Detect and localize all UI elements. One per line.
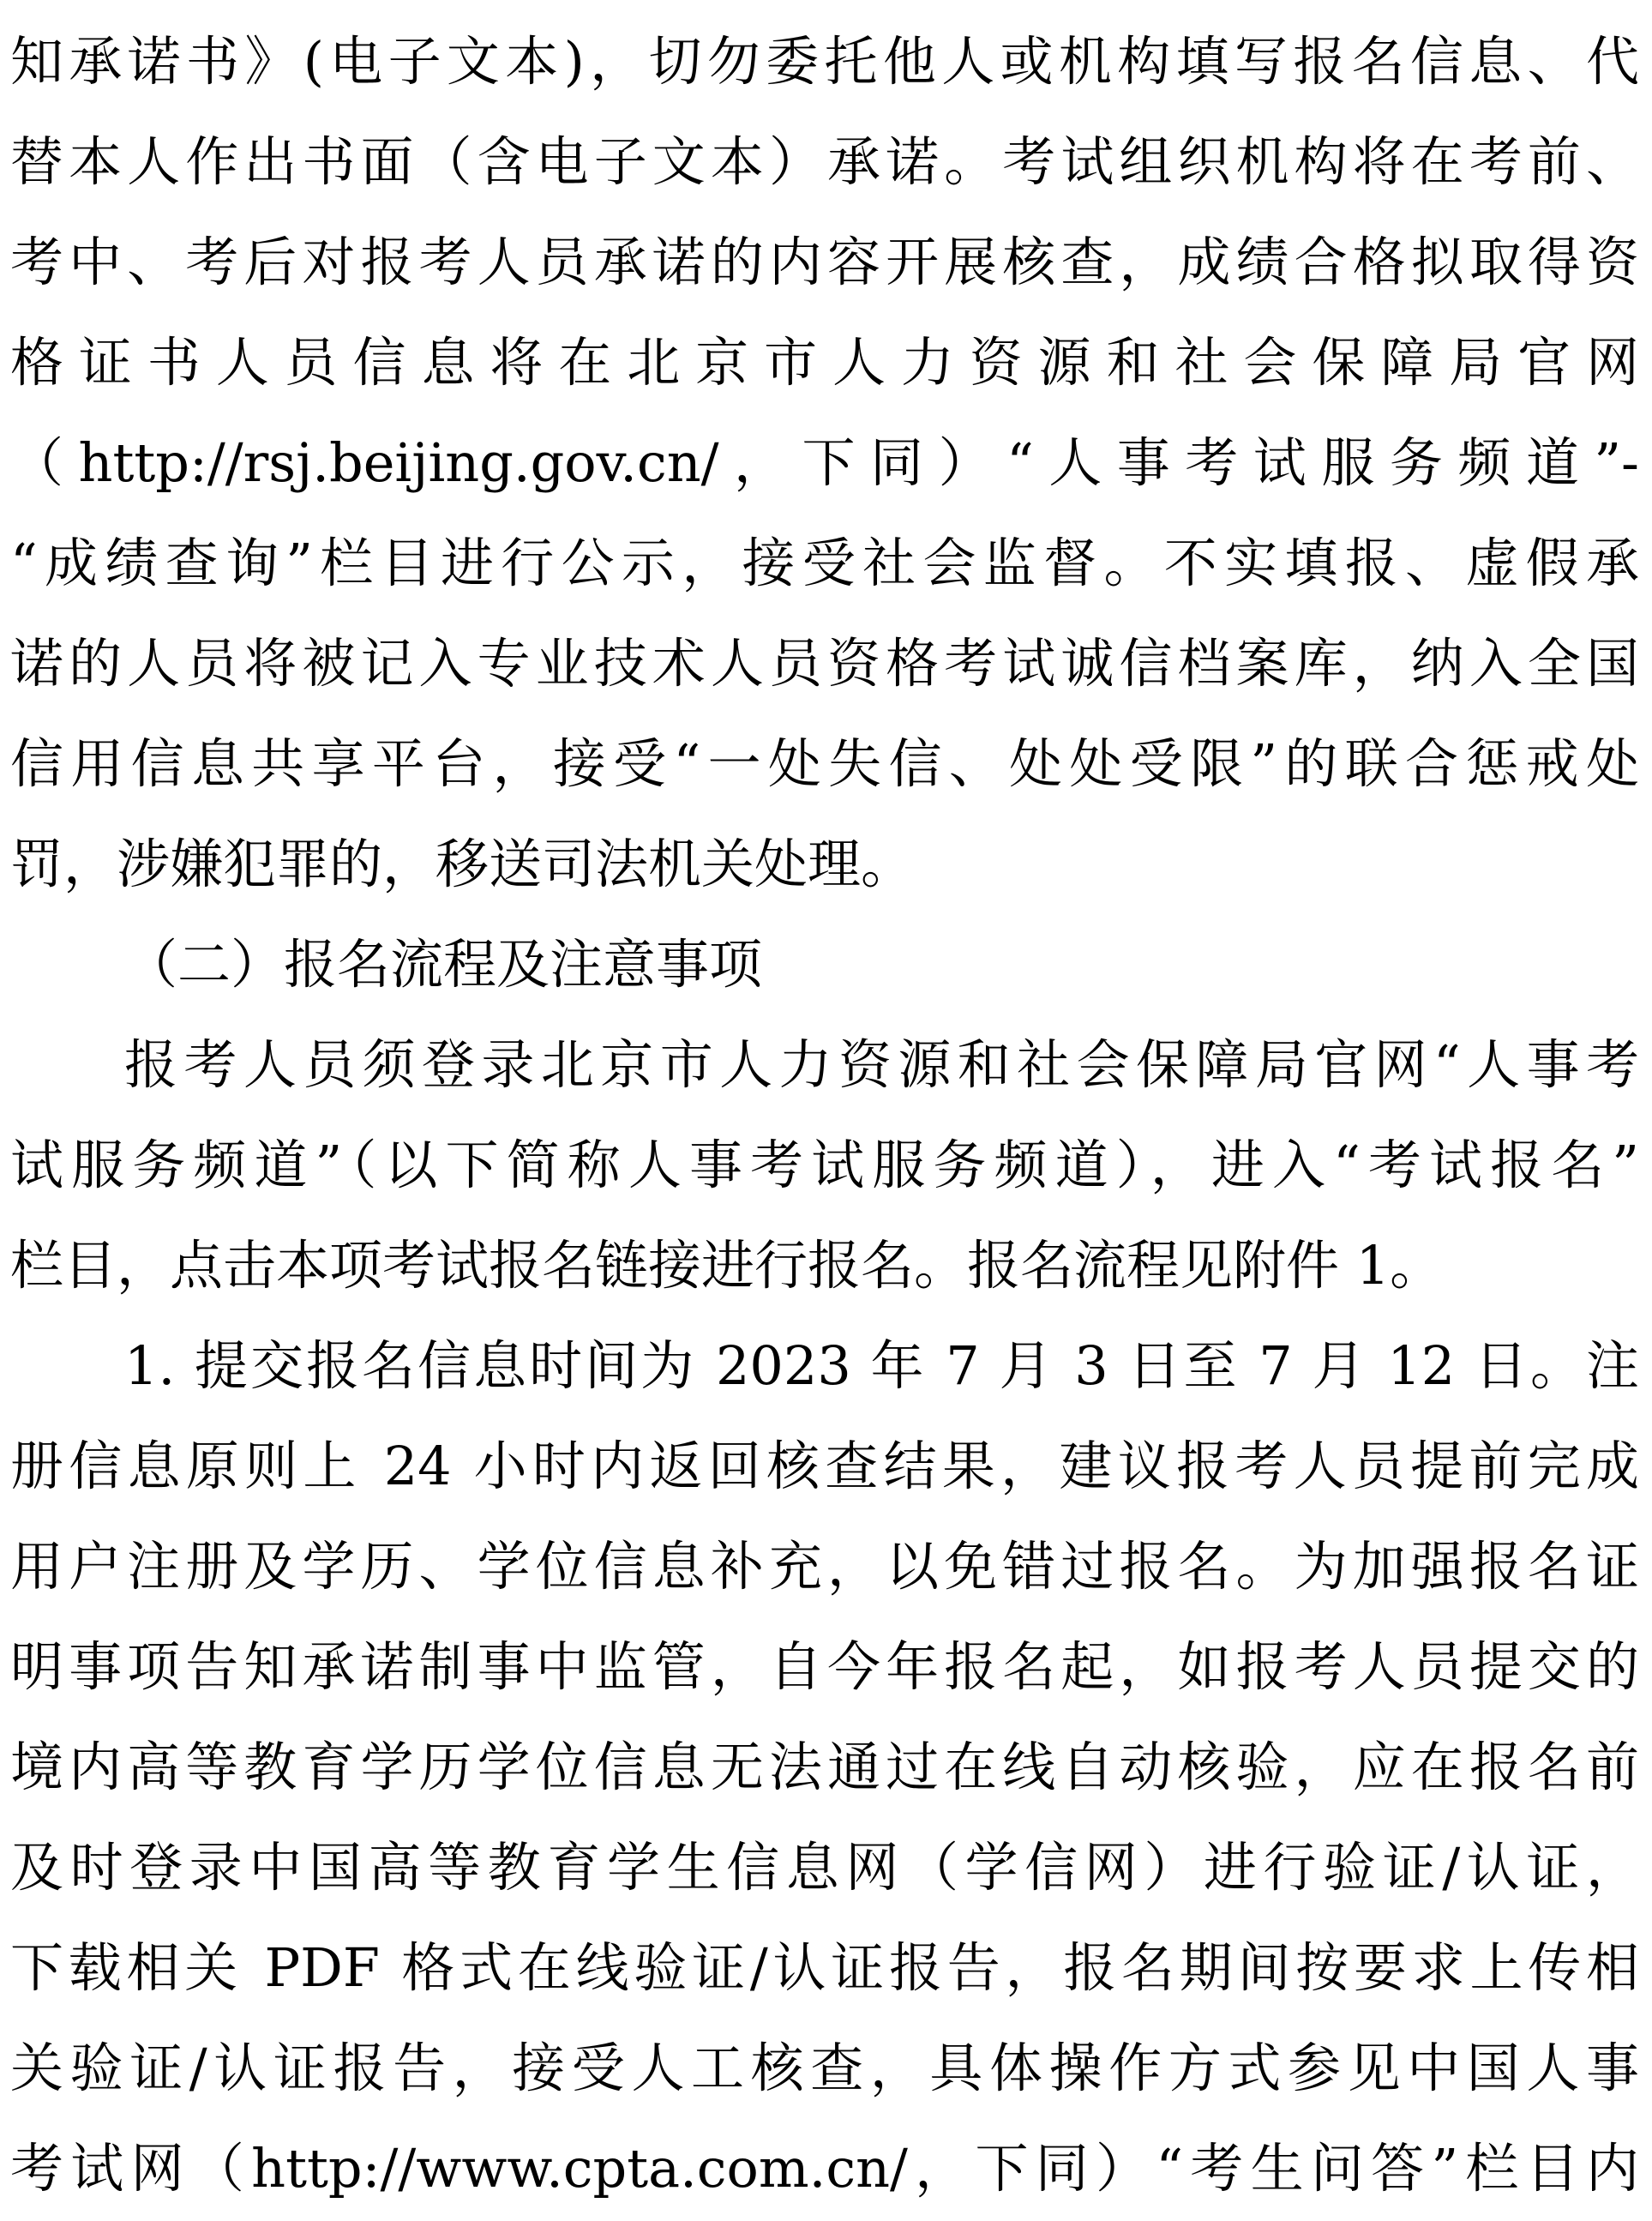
text-line: 及时登录中国高等教育学生信息网（学信网）进行验证/认证，	[10, 1825, 1639, 1911]
document-page: 知承诺书》(电子文本)，切勿委托他人或机构填写报名信息、代 替本人作出书面（含电…	[0, 0, 1652, 2221]
text-line: 试服务频道”（以下简称人事考试服务频道），进入“考试报名”	[10, 1123, 1639, 1208]
section-heading: （二）报名流程及注意事项	[124, 922, 1639, 1008]
text-line: 知承诺书》(电子文本)，切勿委托他人或机构填写报名信息、代	[10, 19, 1639, 105]
text-line: 下载相关 PDF 格式在线验证/认证报告，报名期间按要求上传相	[10, 1925, 1639, 2011]
text-line-with-link: 考试网（http://www.cpta.com.cn/，下同）“考生问答”栏目内	[10, 2126, 1639, 2212]
text-line: 关验证/认证报告，接受人工核查，具体操作方式参见中国人事	[10, 2025, 1639, 2111]
text-line: 栏目，点击本项考试报名链接进行报名。报名流程见附件 1。	[10, 1223, 1639, 1309]
text-line-with-link: （http://rsj.beijing.gov.cn/，下同）“人事考试服务频道…	[10, 420, 1639, 506]
text-line: 明事项告知承诺制事中监管，自今年报名起，如报考人员提交的	[10, 1624, 1639, 1710]
text-line: 境内高等教育学历学位信息无法通过在线自动核验，应在报名前	[10, 1724, 1639, 1810]
text-line: 罚，涉嫌犯罪的，移送司法机关处理。	[10, 822, 1639, 907]
text-line: 格证书人员信息将在北京市人力资源和社会保障局官网	[10, 320, 1639, 406]
list-item-line: 1. 提交报名信息时间为 2023 年 7 月 3 日至 7 月 12 日。注	[124, 1323, 1639, 1409]
text-line: 册信息原则上 24 小时内返回核查结果，建议报考人员提前完成	[10, 1423, 1639, 1509]
text-line: 报考人员须登录北京市人力资源和社会保障局官网“人事考	[124, 1022, 1639, 1108]
text-line: “成绩查询”栏目进行公示，接受社会监督。不实填报、虚假承	[10, 521, 1639, 606]
text-line: 信用信息共享平台，接受“一处失信、处处受限”的联合惩戒处	[10, 721, 1639, 807]
text-line: 考中、考后对报考人员承诺的内容开展核查，成绩合格拟取得资	[10, 220, 1639, 305]
text-line: 诺的人员将被记入专业技术人员资格考试诚信档案库，纳入全国	[10, 621, 1639, 707]
text-line: 用户注册及学历、学位信息补充，以免错过报名。为加强报名证	[10, 1524, 1639, 1610]
text-line: 替本人作出书面（含电子文本）承诺。考试组织机构将在考前、	[10, 119, 1639, 205]
